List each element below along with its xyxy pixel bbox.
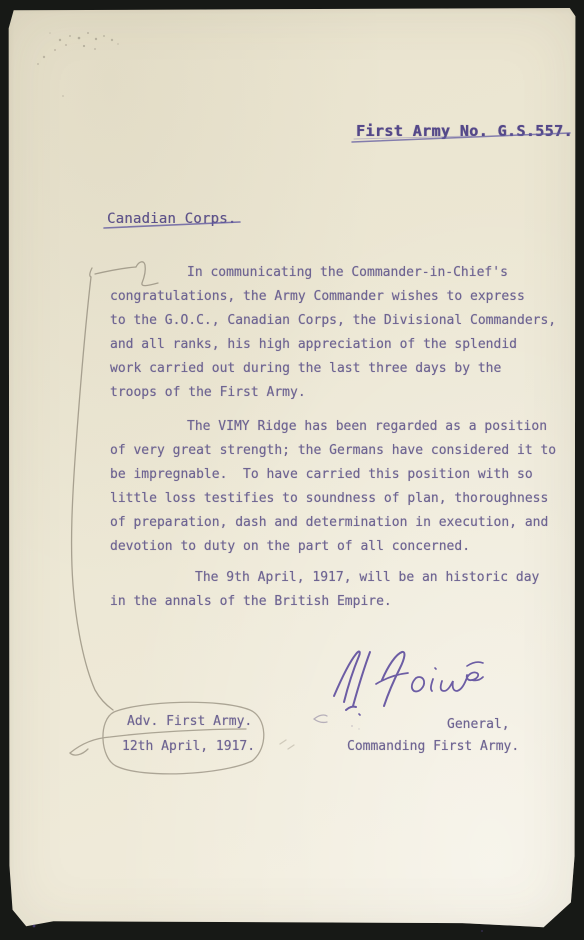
footer-office: Adv. First Army.	[127, 710, 252, 734]
typed-line: congratulations, the Army Commander wish…	[110, 285, 572, 309]
footer-date: 12th April, 1917.	[122, 735, 255, 759]
reference-stamp: First Army No. G.S.557.	[356, 122, 573, 140]
body-text: In communicating the Commander-in-Chief'…	[110, 261, 572, 614]
typed-line: in the annals of the British Empire.	[110, 590, 572, 614]
typed-line: be impregnable. To have carried this pos…	[110, 463, 572, 487]
paragraph-2: The VIMY Ridge has been regarded as a po…	[110, 415, 572, 559]
typed-line: devotion to duty on the part of all conc…	[110, 535, 572, 559]
typed-line: and all ranks, his high appreciation of …	[110, 333, 572, 357]
typed-line: The 9th April, 1917, will be an historic…	[110, 566, 572, 590]
signature-command: Commanding First Army.	[347, 735, 519, 759]
paragraph-3: The 9th April, 1917, will be an historic…	[110, 566, 572, 614]
typed-line: to the G.O.C., Canadian Corps, the Divis…	[110, 309, 572, 333]
typed-line: work carried out during the last three d…	[110, 357, 572, 381]
ink-speck	[481, 930, 483, 932]
typed-line: The VIMY Ridge has been regarded as a po…	[110, 415, 572, 439]
typed-line: of very great strength; the Germans have…	[110, 439, 572, 463]
typed-line: In communicating the Commander-in-Chief'…	[110, 261, 572, 285]
typed-line: troops of the First Army.	[110, 381, 572, 405]
addressee: Canadian Corps.	[107, 211, 236, 227]
typed-line: little loss testifies to soundness of pl…	[110, 487, 572, 511]
signature-rank: General,	[447, 713, 510, 737]
photo-background: First Army No. G.S.557. Canadian Corps. …	[0, 0, 584, 940]
paragraph-1: In communicating the Commander-in-Chief'…	[110, 261, 572, 405]
typed-line: of preparation, dash and determination i…	[110, 511, 572, 535]
